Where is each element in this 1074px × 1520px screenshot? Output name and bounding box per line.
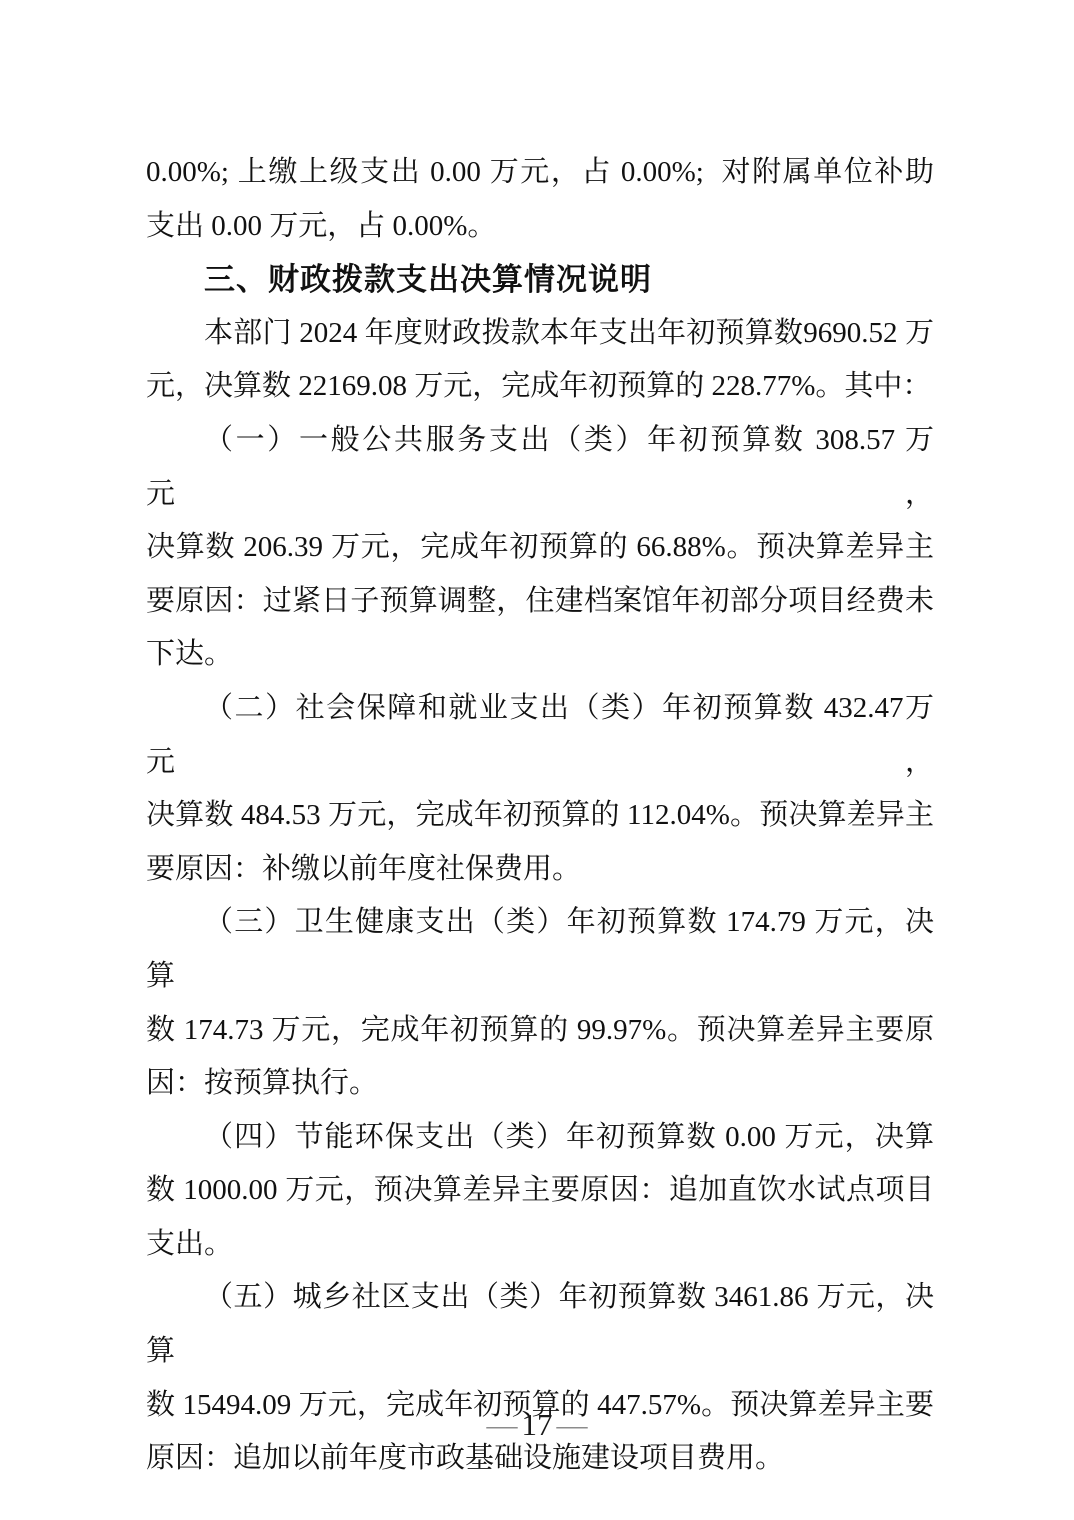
paragraph-line: 决算数 206.39 万元，完成年初预算的 66.88%。预决算差异主 (146, 521, 934, 575)
paragraph-line: 数 174.73 万元，完成年初预算的 99.97%。预决算差异主要原 (146, 1004, 934, 1058)
paragraph-line: 因：按预算执行。 (146, 1057, 934, 1111)
paragraph-line: （一）一般公共服务支出（类）年初预算数 308.57 万元， (146, 414, 934, 521)
paragraph-line: 本部门 2024 年度财政拨款本年支出年初预算数9690.52 万 (146, 307, 934, 361)
paragraph-line: （三）卫生健康支出（类）年初预算数 174.79 万元，决算 (146, 896, 934, 1003)
paragraph-line: 支出 0.00 万元，占 0.00%。 (146, 200, 934, 254)
paragraph-line: 元，决算数 22169.08 万元，完成年初预算的 228.77%。其中： (146, 360, 934, 414)
paragraph-line: （四）节能环保支出（类）年初预算数 0.00 万元，决算 (146, 1111, 934, 1165)
page-number: 17 (522, 1407, 553, 1442)
paragraph-line: 下达。 (146, 628, 934, 682)
paragraph-line: 要原因：补缴以前年度社保费用。 (146, 843, 934, 897)
page-footer: —17— (0, 1408, 1074, 1442)
paragraph-line: 支出。 (146, 1218, 934, 1272)
paragraph-line: 数 1000.00 万元，预决算差异主要原因：追加直饮水试点项目 (146, 1164, 934, 1218)
footer-dash-right: — (553, 1407, 592, 1442)
paragraph-line: （二）社会保障和就业支出（类）年初预算数 432.47万元， (146, 682, 934, 789)
section-heading: 三、财政拨款支出决算情况说明 (146, 253, 934, 307)
footer-dash-left: — (483, 1407, 522, 1442)
paragraph-line: 要原因：过紧日子预算调整，住建档案馆年初部分项目经费未 (146, 575, 934, 629)
paragraph-line: 决算数 484.53 万元，完成年初预算的 112.04%。预决算差异主 (146, 789, 934, 843)
document-body: 0.00%; 上缴上级支出 0.00 万元，占 0.00%; 对附属单位补助 支… (146, 146, 934, 1486)
paragraph-line: 0.00%; 上缴上级支出 0.00 万元，占 0.00%; 对附属单位补助 (146, 146, 934, 200)
paragraph-line: （五）城乡社区支出（类）年初预算数 3461.86 万元，决算 (146, 1271, 934, 1378)
document-page: 0.00%; 上缴上级支出 0.00 万元，占 0.00%; 对附属单位补助 支… (0, 0, 1074, 1520)
